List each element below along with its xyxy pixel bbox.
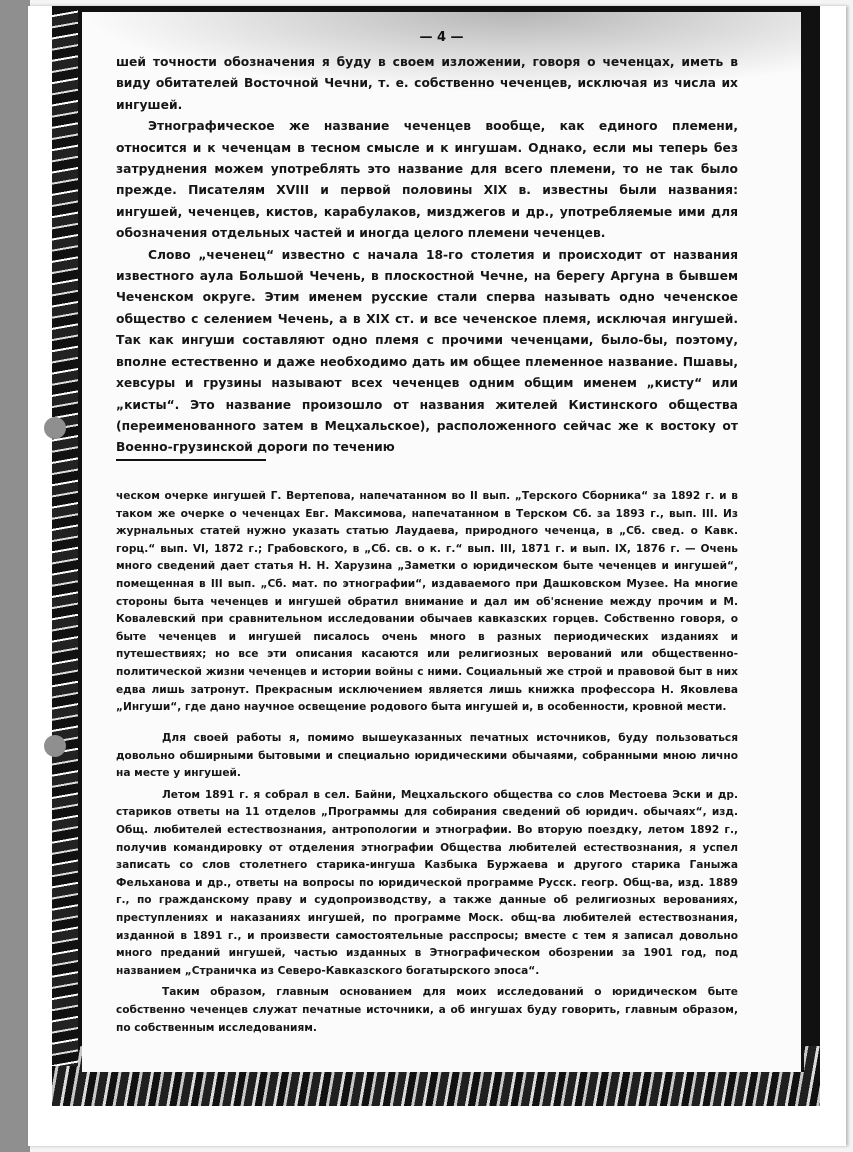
footnote-separator	[116, 459, 266, 461]
photocopy-left-edge	[52, 6, 78, 1066]
punch-hole-top	[44, 417, 66, 439]
footnote-paragraph: ческом очерке ингушей Г. Вертепова, напе…	[116, 488, 738, 717]
document-page: — 4 — шей точности обозначения я буду в …	[82, 12, 804, 1072]
footnote-text: ческом очерке ингушей Г. Вертепова, напе…	[116, 488, 738, 717]
lower-paragraph-3: Таким образом, главным основанием для мо…	[116, 984, 738, 1037]
scan-background-strip	[0, 0, 30, 1152]
lower-body-text: Для своей работы я, помимо вышеуказанных…	[116, 730, 738, 1041]
body-paragraph-1: шей точности обозначения я буду в своем …	[116, 52, 738, 116]
main-body-text: шей точности обозначения я буду в своем …	[116, 52, 738, 459]
body-paragraph-3: Слово „чеченец“ известно с начала 18-го …	[116, 245, 738, 459]
lower-paragraph-2: Летом 1891 г. я собрал в сел. Байни, Мец…	[116, 787, 738, 981]
body-paragraph-2: Этнографическое же название чеченцев воо…	[116, 116, 738, 244]
punch-hole-bottom	[44, 735, 66, 757]
lower-paragraph-1: Для своей работы я, помимо вышеуказанных…	[116, 730, 738, 783]
page-number: — 4 —	[82, 30, 801, 45]
